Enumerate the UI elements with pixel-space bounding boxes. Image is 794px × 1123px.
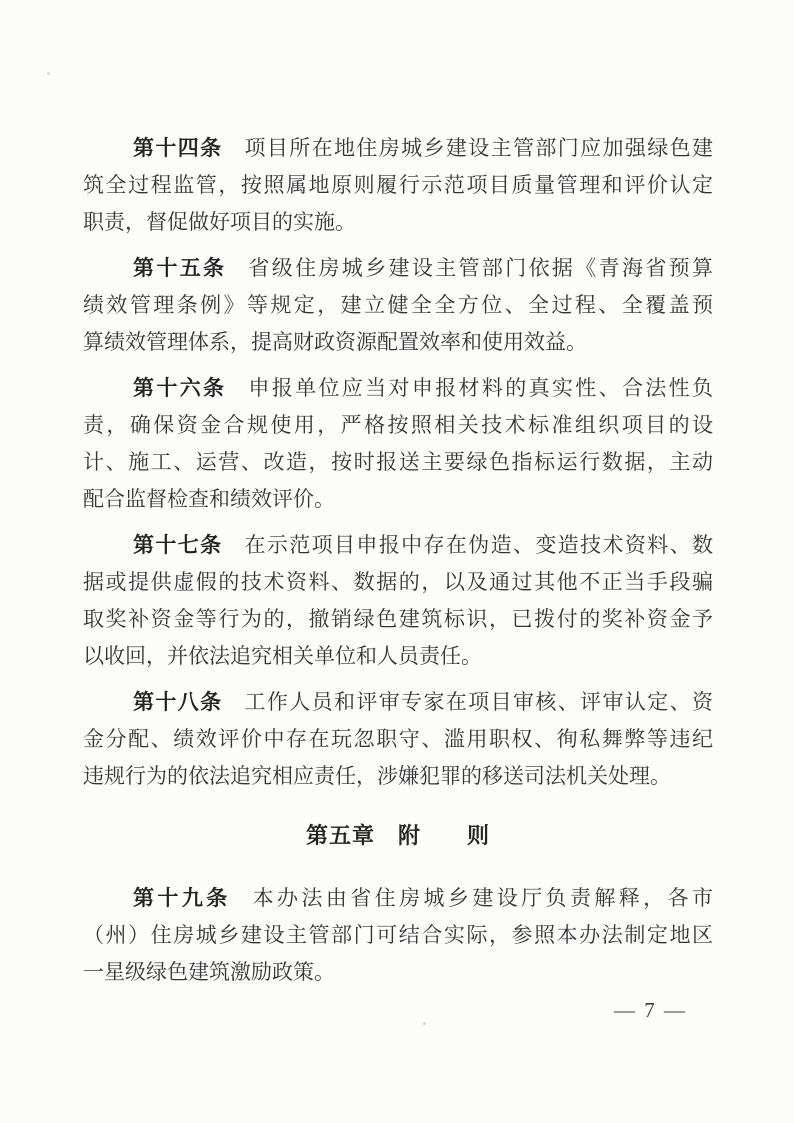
text-line: 算绩效管理体系，提高财政资源配置效率和使用效益。 [83, 324, 713, 361]
article-text: 项目所在地住房城乡建设主管部门应加强绿色建 [245, 136, 714, 160]
text-line: 职责，督促做好项目的实施。 [83, 204, 713, 241]
article-text: 在示范项目申报中存在伪造、变造技术资料、数 [245, 533, 714, 557]
text-line: 一星级绿色建筑激励政策。 [83, 954, 713, 991]
document-page: 第十四条项目所在地住房城乡建设主管部门应加强绿色建 筑全过程监管，按照属地原则履… [0, 0, 794, 1123]
article-number: 第十五条 [133, 256, 226, 280]
text-line: 违规行为的依法追究相应责任，涉嫌犯罪的移送司法机关处理。 [83, 758, 713, 795]
article-19: 第十九条本办法由省住房城乡建设厅负责解释，各市 （州）住房城乡建设主管部门可结合… [83, 880, 713, 991]
text-line: 筑全过程监管，按照属地原则履行示范项目质量管理和评价认定 [83, 167, 713, 204]
text-line: 据或提供虚假的技术资料、数据的，以及通过其他不正当手段骗 [83, 564, 713, 601]
article-number: 第十六条 [133, 376, 226, 400]
text-line: （州）住房城乡建设主管部门可结合实际，参照本办法制定地区 [83, 917, 713, 954]
scan-speckle [47, 72, 50, 75]
article-text: 申报单位应当对申报材料的真实性、合法性负 [248, 376, 713, 400]
text-line: 第十四条项目所在地住房城乡建设主管部门应加强绿色建 [83, 130, 713, 167]
article-number: 第十九条 [133, 886, 231, 910]
text-line: 第十八条工作人员和评审专家在项目审核、评审认定、资 [83, 684, 713, 721]
text-line: 第十五条省级住房城乡建设主管部门依据《青海省预算 [83, 250, 713, 287]
document-body: 第十四条项目所在地住房城乡建设主管部门应加强绿色建 筑全过程监管，按照属地原则履… [83, 130, 713, 1000]
text-line: 第十六条申报单位应当对申报材料的真实性、合法性负 [83, 370, 713, 407]
text-line: 第十九条本办法由省住房城乡建设厅负责解释，各市 [83, 880, 713, 917]
text-line: 第十七条在示范项目申报中存在伪造、变造技术资料、数 [83, 527, 713, 564]
text-line: 责，确保资金合规使用，严格按照相关技术标准组织项目的设 [83, 407, 713, 444]
article-15: 第十五条省级住房城乡建设主管部门依据《青海省预算 绩效管理条例》等规定，建立健全… [83, 250, 713, 361]
article-16: 第十六条申报单位应当对申报材料的真实性、合法性负 责，确保资金合规使用，严格按照… [83, 370, 713, 518]
text-line: 金分配、绩效评价中存在玩忽职守、滥用职权、徇私舞弊等违纪 [83, 721, 713, 758]
article-text: 省级住房城乡建设主管部门依据《青海省预算 [248, 256, 713, 280]
chapter-heading: 第五章 附 则 [83, 817, 713, 854]
article-14: 第十四条项目所在地住房城乡建设主管部门应加强绿色建 筑全过程监管，按照属地原则履… [83, 130, 713, 241]
text-line: 计、施工、运营、改造，按时报送主要绿色指标运行数据，主动 [83, 444, 713, 481]
article-number: 第十四条 [133, 136, 223, 160]
text-line: 取奖补资金等行为的，撤销绿色建筑标识，已拨付的奖补资金予 [83, 601, 713, 638]
scan-speckle [423, 1022, 426, 1025]
page-number: — 7 — [614, 997, 687, 1023]
article-number: 第十七条 [133, 533, 223, 557]
article-text: 工作人员和评审专家在项目审核、评审认定、资 [245, 690, 714, 714]
text-line: 以收回，并依法追究相关单位和人员责任。 [83, 638, 713, 675]
article-18: 第十八条工作人员和评审专家在项目审核、评审认定、资 金分配、绩效评价中存在玩忽职… [83, 684, 713, 795]
article-number: 第十八条 [133, 690, 223, 714]
text-line: 绩效管理条例》等规定，建立健全全方位、全过程、全覆盖预 [83, 287, 713, 324]
article-text: 本办法由省住房城乡建设厅负责解释，各市 [253, 886, 713, 910]
article-17: 第十七条在示范项目申报中存在伪造、变造技术资料、数 据或提供虚假的技术资料、数据… [83, 527, 713, 675]
text-line: 配合监督检查和绩效评价。 [83, 481, 713, 518]
